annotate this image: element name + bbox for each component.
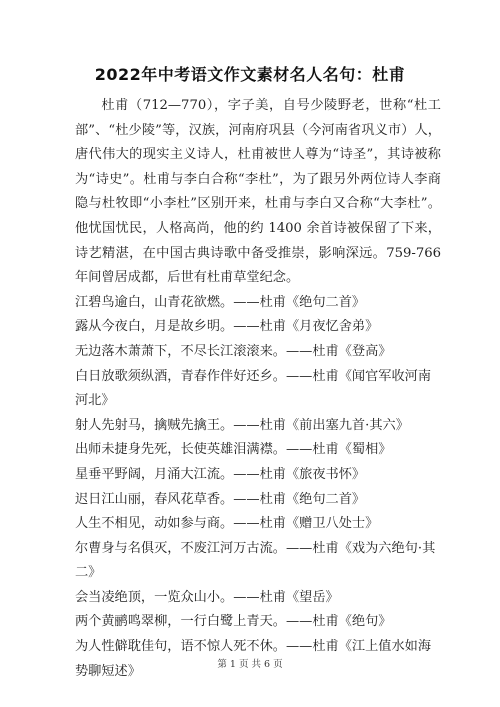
quote-line: 两个黄鹂鸣翠柳，一行白鹭上青天。——杜甫《绝句》	[75, 610, 441, 635]
quote-line: 迟日江山丽，春风花草香。——杜甫《绝句二首》	[75, 488, 441, 513]
quote-line: 江碧鸟逾白，山青花欲燃。——杜甫《绝句二首》	[75, 291, 441, 316]
quote-line: 白日放歌须纵酒，青春作伴好还乡。——杜甫《闻官军收河南河北》	[75, 365, 441, 414]
quote-line: 会当凌绝顶，一览众山小。——杜甫《望岳》	[75, 586, 441, 611]
quote-line: 射人先射马，擒贼先擒王。——杜甫《前出塞九首·其六》	[75, 414, 441, 439]
quote-line: 出师未捷身先死，长使英雄泪满襟。——杜甫《蜀相》	[75, 438, 441, 463]
quote-line: 尔曹身与名俱灭，不废江河万古流。——杜甫《戏为六绝句·其二》	[75, 537, 441, 586]
quote-line: 人生不相见，动如参与商。——杜甫《赠卫八处士》	[75, 512, 441, 537]
quote-line: 露从今夜白，月是故乡明。——杜甫《月夜忆舍弟》	[75, 315, 441, 340]
quote-line: 星垂平野阔，月涌大江流。——杜甫《旅夜书怀》	[75, 463, 441, 488]
page-number: 第 1 页 共 6 页	[0, 656, 500, 670]
document-title: 2022年中考语文作文素材名人名句：杜甫	[0, 62, 500, 85]
quote-line: 无边落木萧萧下，不尽长江滚滚来。——杜甫《登高》	[75, 340, 441, 365]
document-body: 杜甫（712—770），字子美，自号少陵野老，世称“杜工部”、“杜少陵”等，汉族…	[75, 94, 441, 684]
intro-paragraph: 杜甫（712—770），字子美，自号少陵野老，世称“杜工部”、“杜少陵”等，汉族…	[75, 94, 441, 291]
